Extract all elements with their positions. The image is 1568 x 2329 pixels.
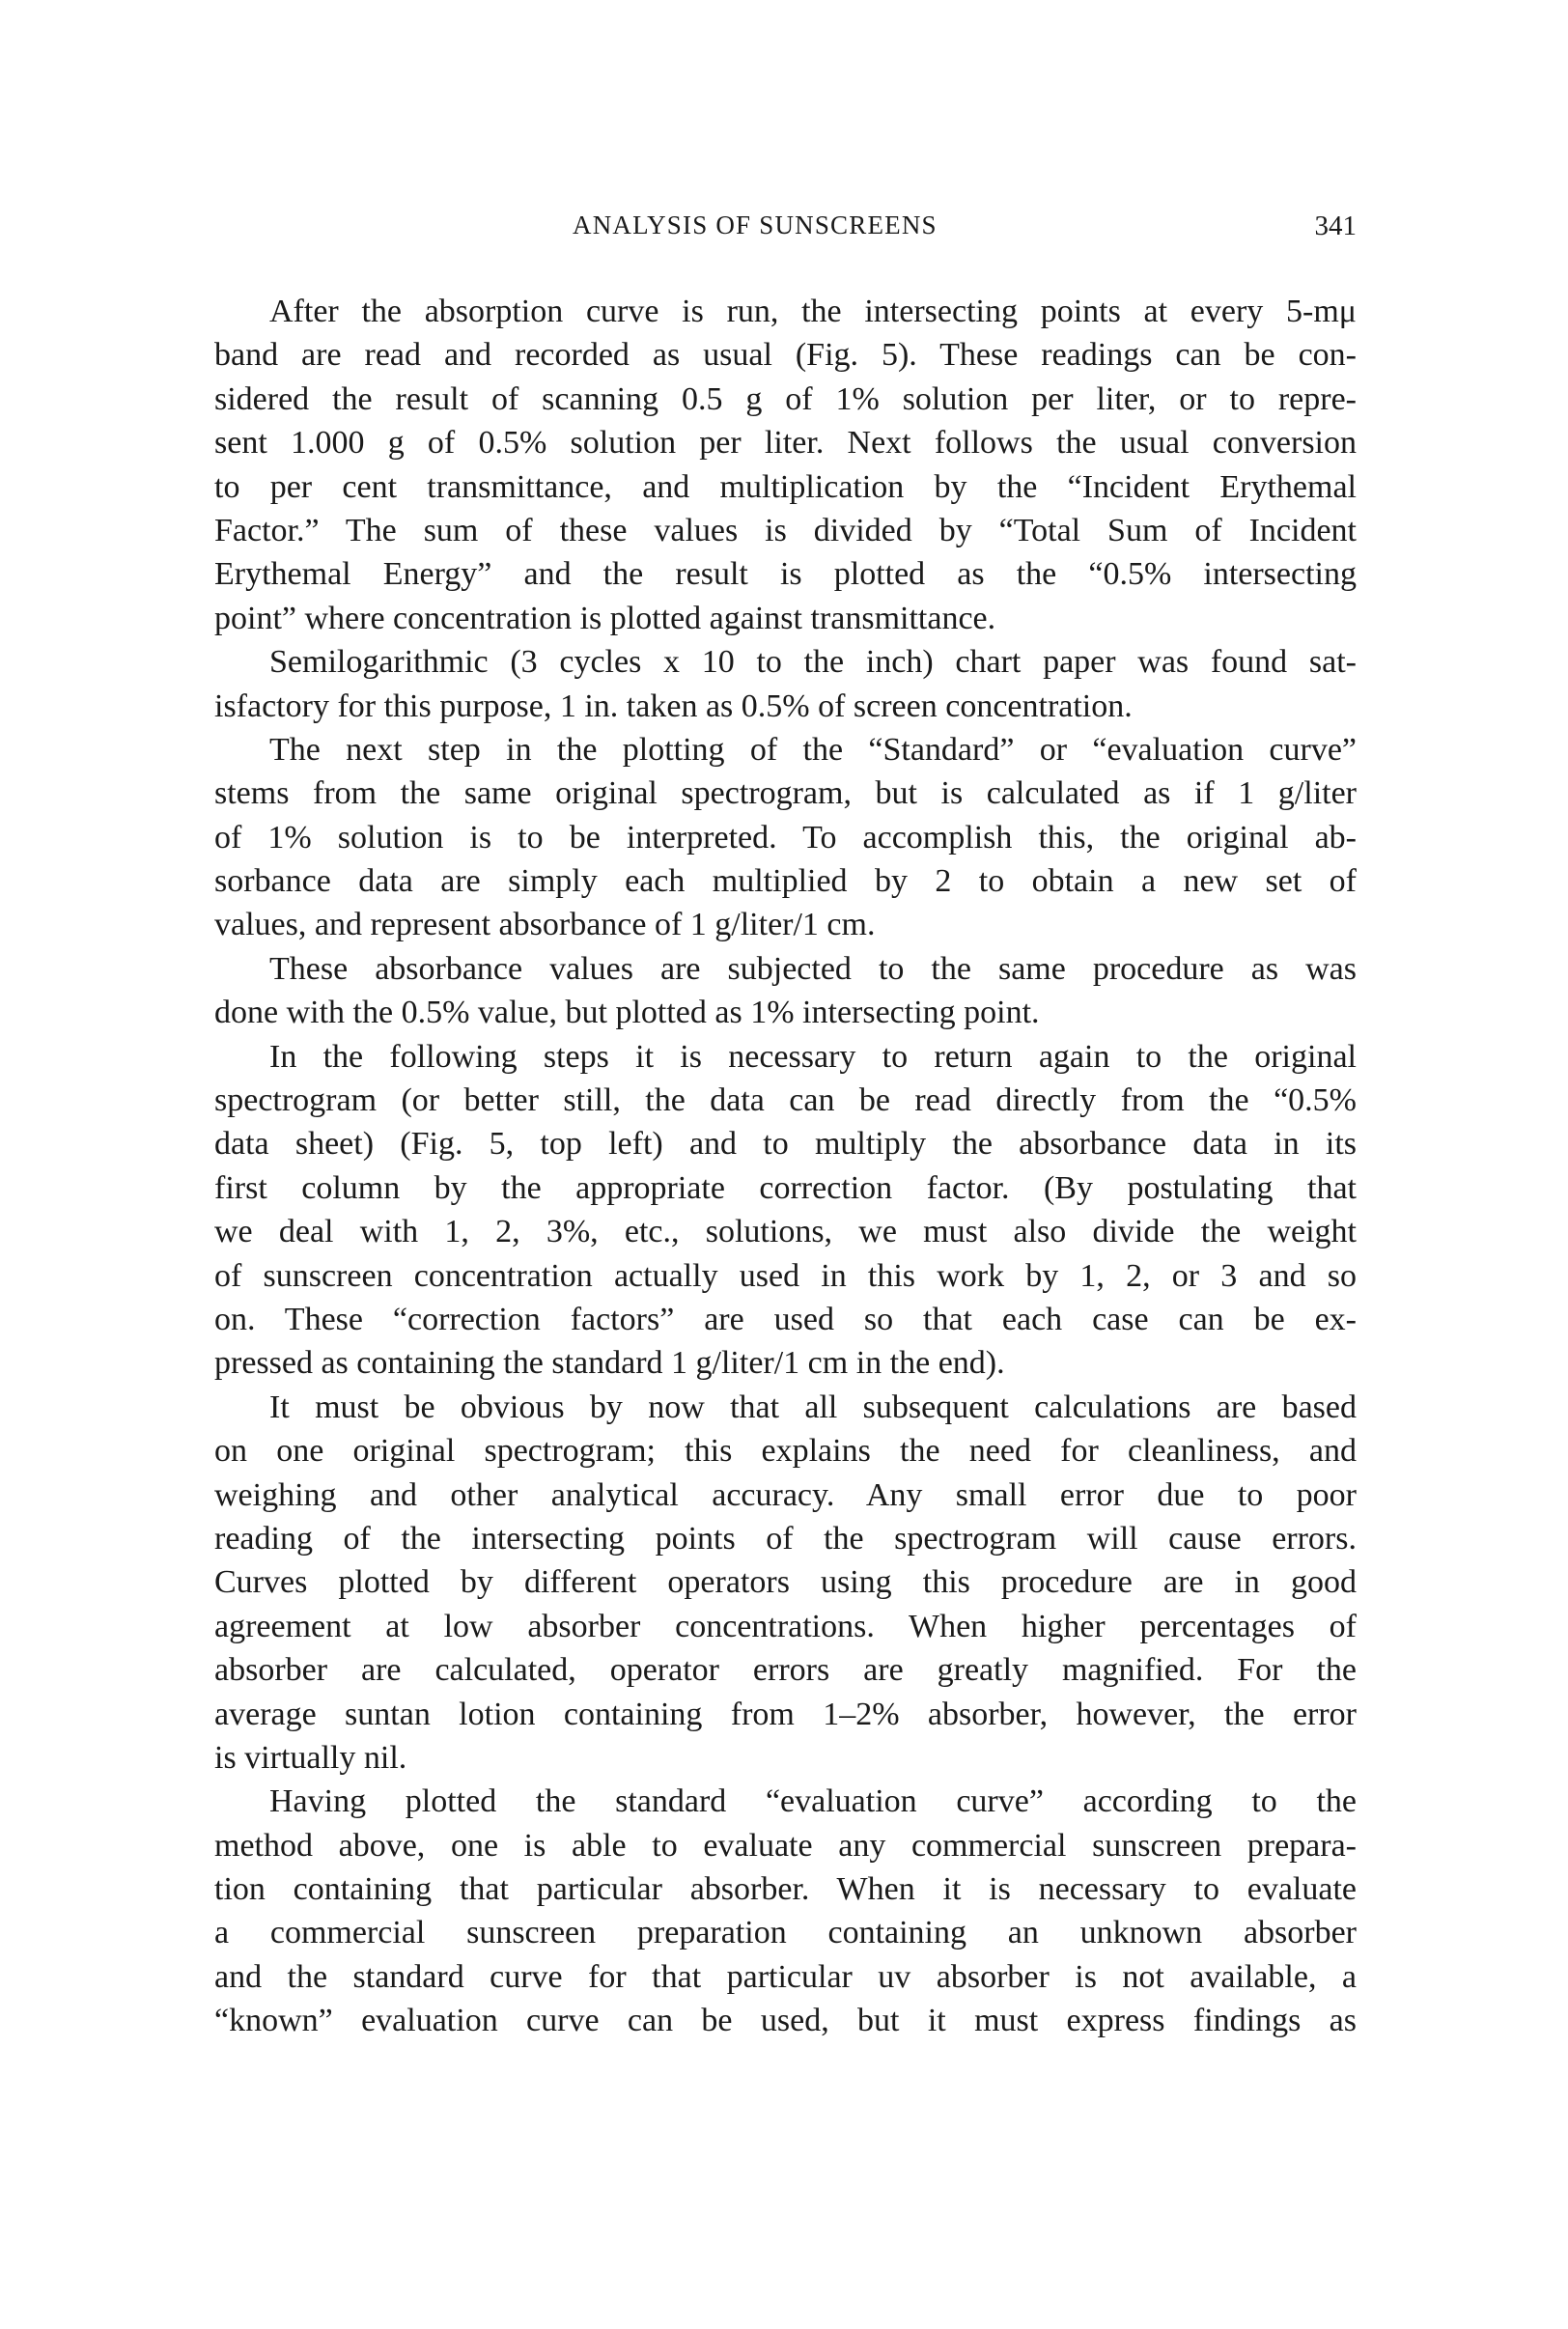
- text-line: In the following steps it is necessary t…: [214, 1035, 1357, 1079]
- text-line: a commercial sunscreen preparation conta…: [214, 1911, 1357, 1954]
- text-line: absorber are calculated, operator errors…: [214, 1648, 1357, 1692]
- text-line: agreement at low absorber concentrations…: [214, 1605, 1357, 1648]
- text-line: and the standard curve for that particul…: [214, 1955, 1357, 1999]
- text-line: sidered the result of scanning 0.5 g of …: [214, 378, 1357, 421]
- text-line: sorbance data are simply each multiplied…: [214, 859, 1357, 903]
- paragraph-6: It must be obvious by now that all subse…: [214, 1386, 1357, 1781]
- text-line: spectrogram (or better still, the data c…: [214, 1079, 1357, 1122]
- text-line: isfactory for this purpose, 1 in. taken …: [214, 685, 1357, 728]
- running-header: ANALYSIS OF SUNSCREENS 341: [214, 210, 1357, 243]
- paragraph-4: These absorbance values are subjected to…: [214, 947, 1357, 1035]
- text-line: band are read and recorded as usual (Fig…: [214, 333, 1357, 377]
- text-line: Semilogarithmic (3 cycles x 10 to the in…: [214, 640, 1357, 684]
- text-line: on. These “correction factors” are used …: [214, 1298, 1357, 1341]
- text-line: The next step in the plotting of the “St…: [214, 728, 1357, 772]
- text-line: sent 1.000 g of 0.5% solution per liter.…: [214, 421, 1357, 464]
- text-line: tion containing that particular absorber…: [214, 1867, 1357, 1911]
- text-line: on one original spectrogram; this explai…: [214, 1429, 1357, 1473]
- text-line: weighing and other analytical accuracy. …: [214, 1473, 1357, 1517]
- document-page: ANALYSIS OF SUNSCREENS 341 After the abs…: [0, 0, 1568, 2329]
- text-line: data sheet) (Fig. 5, top left) and to mu…: [214, 1122, 1357, 1165]
- text-line: These absorbance values are subjected to…: [214, 947, 1357, 991]
- text-line: values, and represent absorbance of 1 g/…: [214, 903, 1357, 946]
- text-line: method above, one is able to evaluate an…: [214, 1824, 1357, 1867]
- body-text: After the absorption curve is run, the i…: [214, 290, 1357, 2043]
- text-line: point” where concentration is plotted ag…: [214, 597, 1357, 640]
- page-number: 341: [1315, 210, 1358, 242]
- running-title: ANALYSIS OF SUNSCREENS: [573, 210, 938, 240]
- text-line: Curves plotted by different operators us…: [214, 1560, 1357, 1604]
- text-line: Having plotted the standard “evaluation …: [214, 1780, 1357, 1823]
- paragraph-3: The next step in the plotting of the “St…: [214, 728, 1357, 947]
- text-line: stems from the same original spectrogram…: [214, 772, 1357, 815]
- text-line: pressed as containing the standard 1 g/l…: [214, 1341, 1357, 1385]
- text-line: After the absorption curve is run, the i…: [214, 290, 1357, 333]
- text-line: we deal with 1, 2, 3%, etc., solutions, …: [214, 1210, 1357, 1253]
- text-line: Erythemal Energy” and the result is plot…: [214, 552, 1357, 596]
- text-line: of sunscreen concentration actually used…: [214, 1254, 1357, 1298]
- text-line: first column by the appropriate correcti…: [214, 1166, 1357, 1210]
- text-line: average suntan lotion containing from 1–…: [214, 1693, 1357, 1736]
- text-line: Factor.” The sum of these values is divi…: [214, 509, 1357, 552]
- text-line: “known” evaluation curve can be used, bu…: [214, 1999, 1357, 2042]
- text-line: reading of the intersecting points of th…: [214, 1517, 1357, 1560]
- paragraph-7: Having plotted the standard “evaluation …: [214, 1780, 1357, 2042]
- text-line: to per cent transmittance, and multiplic…: [214, 465, 1357, 509]
- text-line: done with the 0.5% value, but plotted as…: [214, 991, 1357, 1034]
- paragraph-1: After the absorption curve is run, the i…: [214, 290, 1357, 640]
- text-line: is virtually nil.: [214, 1736, 1357, 1780]
- paragraph-5: In the following steps it is necessary t…: [214, 1035, 1357, 1386]
- text-line: of 1% solution is to be interpreted. To …: [214, 816, 1357, 859]
- paragraph-2: Semilogarithmic (3 cycles x 10 to the in…: [214, 640, 1357, 728]
- text-line: It must be obvious by now that all subse…: [214, 1386, 1357, 1429]
